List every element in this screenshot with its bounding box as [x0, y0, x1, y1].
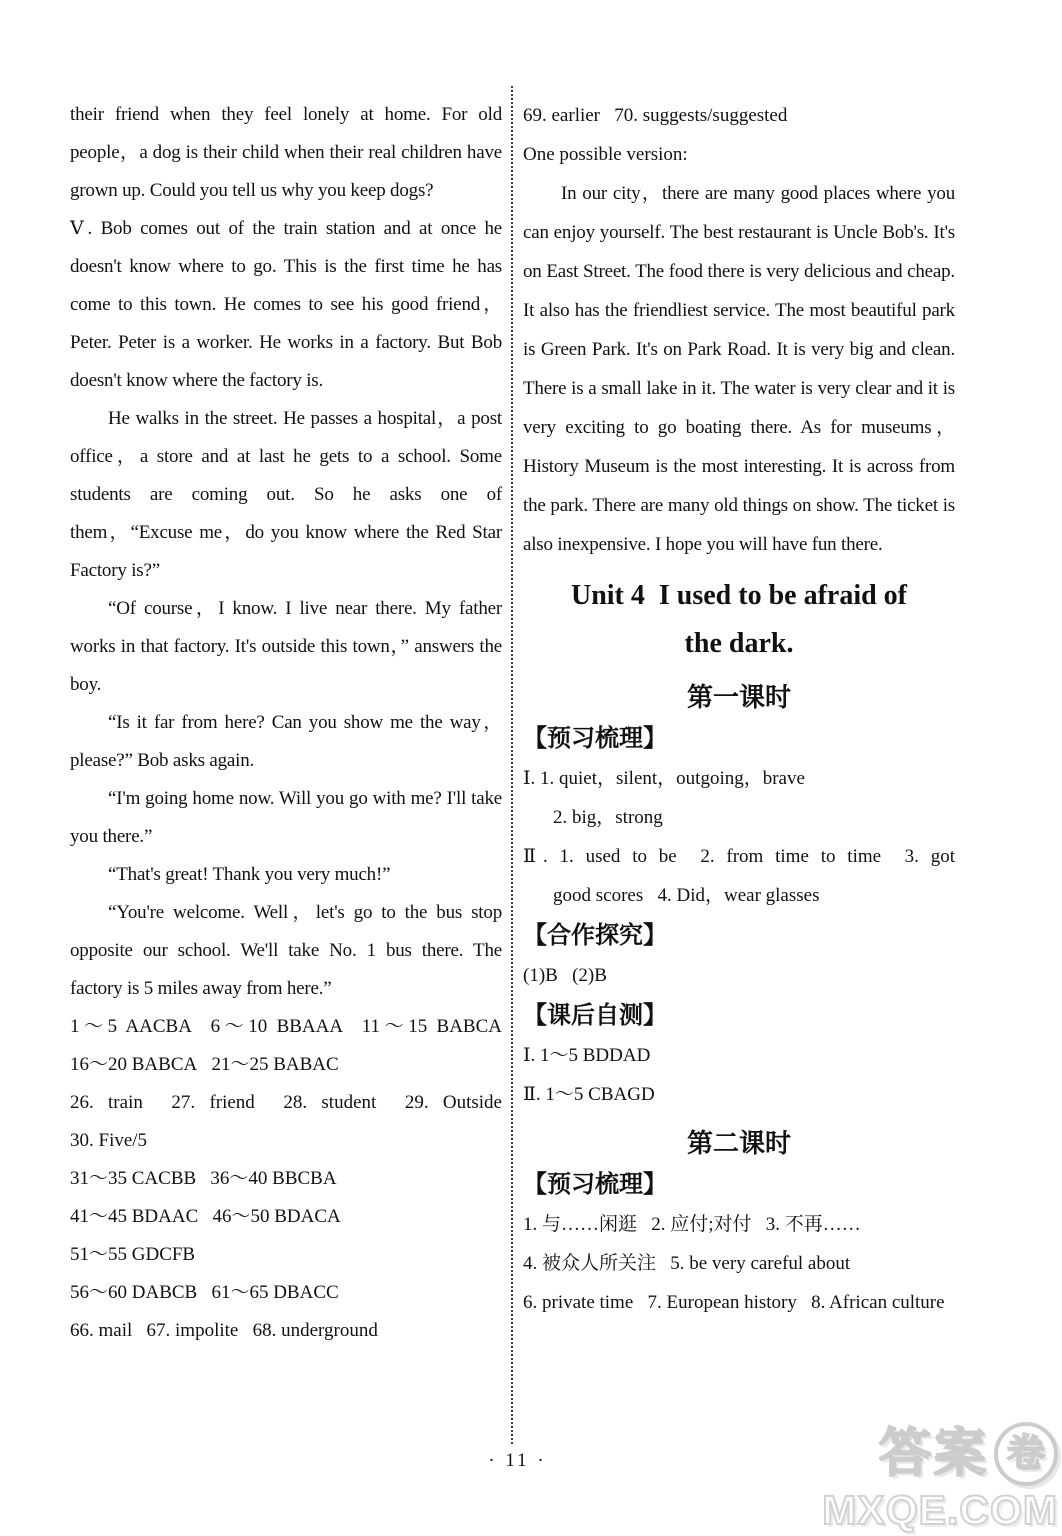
section-heading: 【课后自测】: [523, 997, 955, 1036]
answer-line: 51～55 GDCFB: [70, 1236, 502, 1274]
answer-line: 31～35 CACBB 36～40 BBCBA: [70, 1160, 502, 1198]
answer-line: 30. Five/5: [70, 1122, 502, 1160]
body-paragraph: “You're welcome. Well，let's go to the bu…: [70, 894, 502, 1008]
section-heading: 【预习梳理】: [523, 1166, 955, 1205]
body-paragraph: In our city，there are many good places w…: [523, 174, 955, 564]
answer-line: 2. big，strong: [523, 798, 955, 837]
body-paragraph: “Is it far from here? Can you show me th…: [70, 704, 502, 780]
answer-line: One possible version:: [523, 135, 955, 174]
answer-line: Ⅰ. 1～5 BDDAD: [523, 1036, 955, 1075]
answer-line: 26. train 27. friend 28. student 29. Out…: [70, 1084, 502, 1122]
watermark-domain: MXQE.COM: [822, 1490, 1058, 1532]
scanned-answer-page: their friend when they feel lonely at ho…: [0, 0, 1062, 1536]
page-number: · 11 ·: [455, 1450, 580, 1472]
lesson-heading: 第一课时: [523, 678, 955, 718]
watermark-brand-text: 答案: [879, 1428, 989, 1481]
watermark: 答案卷 MXQE.COM: [822, 1422, 1058, 1532]
unit-title: Unit 4 I used to be afraid of the dark.: [523, 572, 955, 668]
unit-title-line2: the dark.: [523, 620, 955, 668]
body-paragraph: their friend when they feel lonely at ho…: [70, 96, 502, 210]
body-paragraph: “Of course，I know. I live near there. My…: [70, 590, 502, 704]
answer-line: 1. 与……闲逛 2. 应付;对付 3. 不再……: [523, 1205, 955, 1244]
lesson-heading: 第二课时: [523, 1124, 955, 1164]
body-paragraph: He walks in the street. He passes a hosp…: [70, 400, 502, 590]
section-heading: 【合作探究】: [523, 917, 955, 956]
column-divider: [511, 86, 513, 1444]
answer-line: good scores 4. Did，wear glasses: [523, 876, 955, 915]
body-paragraph: Ⅴ. Bob comes out of the train station an…: [70, 210, 502, 400]
answer-line: (1)B (2)B: [523, 956, 955, 995]
answer-line: 1～5 AACBA 6～10 BBAAA 11～15 BABCA: [70, 1008, 502, 1046]
watermark-circle-icon: 卷: [994, 1422, 1058, 1486]
answer-line: 4. 被众人所关注 5. be very careful about: [523, 1244, 955, 1283]
watermark-brand: 答案卷: [822, 1422, 1058, 1486]
answer-line: 66. mail 67. impolite 68. underground: [70, 1312, 502, 1350]
answer-line: 69. earlier 70. suggests/suggested: [523, 96, 955, 135]
answer-line: Ⅰ. 1. quiet，silent，outgoing，brave: [523, 759, 955, 798]
unit-title-line1: Unit 4 I used to be afraid of: [523, 572, 955, 620]
answer-line: Ⅱ. 1～5 CBAGD: [523, 1075, 955, 1114]
section-heading: 【预习梳理】: [523, 720, 955, 759]
answer-line: Ⅱ. 1. used to be 2. from time to time 3.…: [523, 837, 955, 876]
answer-line: 56～60 DABCB 61～65 DBACC: [70, 1274, 502, 1312]
answer-line: 16～20 BABCA 21～25 BABAC: [70, 1046, 502, 1084]
body-paragraph: “I'm going home now. Will you go with me…: [70, 780, 502, 856]
right-column: 69. earlier 70. suggests/suggested One p…: [523, 96, 955, 1322]
answer-line: 41～45 BDAAC 46～50 BDACA: [70, 1198, 502, 1236]
left-column: their friend when they feel lonely at ho…: [70, 96, 502, 1350]
body-paragraph: “That's great! Thank you very much!”: [70, 856, 502, 894]
answer-line: 6. private time 7. European history 8. A…: [523, 1283, 955, 1322]
